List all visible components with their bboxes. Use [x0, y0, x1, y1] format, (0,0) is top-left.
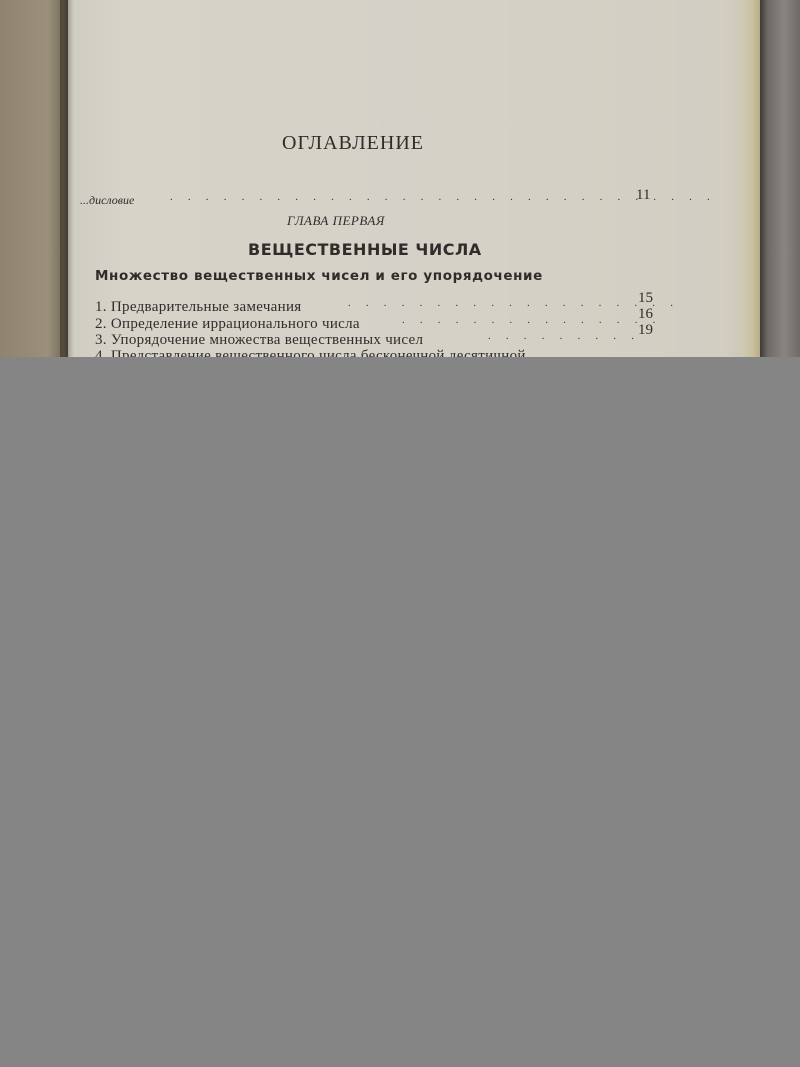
- entry-number: 4.: [95, 348, 107, 357]
- entry-number: 1.: [95, 299, 107, 315]
- gutter-shadow: [60, 0, 74, 357]
- entry-text: Упорядочение множества вещественных чисе…: [111, 332, 423, 348]
- toc-entry: 2. Определение иррационального числа: [95, 316, 360, 333]
- toc-title: ОГЛАВЛЕНИЕ: [282, 132, 424, 155]
- redacted-area: [0, 357, 800, 1067]
- entry-page: 19: [638, 322, 653, 339]
- book-photo: ОГЛАВЛЕНИЕ ...дисловие . . . . . . . . .…: [0, 0, 800, 357]
- toc-entry: 4. Представление вещественного числа бес…: [95, 348, 526, 357]
- leader-dots: . . . . . . . . . . . . . . . . . . . . …: [170, 191, 716, 203]
- entry-page: 15: [638, 290, 653, 307]
- entry-page: 16: [638, 306, 653, 323]
- entry-number: 3.: [95, 332, 107, 348]
- leader-dots: . . . . . . . . .: [488, 330, 640, 342]
- entry-number: 2.: [95, 316, 107, 332]
- entry-text: Предварительные замечания: [111, 299, 302, 315]
- toc-preface-label: ...дисловие: [80, 193, 134, 208]
- left-page-edge: [0, 0, 68, 357]
- leader-dots: . . . . . . . . . . . . . . .: [402, 314, 662, 326]
- entry-text: Представление вещественного числа бескон…: [111, 348, 526, 357]
- page-stack-edge: [740, 0, 760, 357]
- toc-preface-page: 11: [636, 187, 650, 204]
- section-heading: Множество вещественных чисел и его упоря…: [95, 268, 543, 284]
- toc-entry: 3. Упорядочение множества вещественных ч…: [95, 332, 423, 349]
- toc-entry: 1. Предварительные замечания: [95, 299, 301, 316]
- entry-text: Определение иррационального числа: [111, 316, 360, 332]
- background-surface: [760, 0, 800, 357]
- chapter-label: ГЛАВА ПЕРВАЯ: [287, 213, 385, 229]
- chapter-title: ВЕЩЕСТВЕННЫЕ ЧИСЛА: [248, 240, 482, 259]
- leader-dots: . . . . . . . . . . . . . . . . . . .: [348, 297, 679, 309]
